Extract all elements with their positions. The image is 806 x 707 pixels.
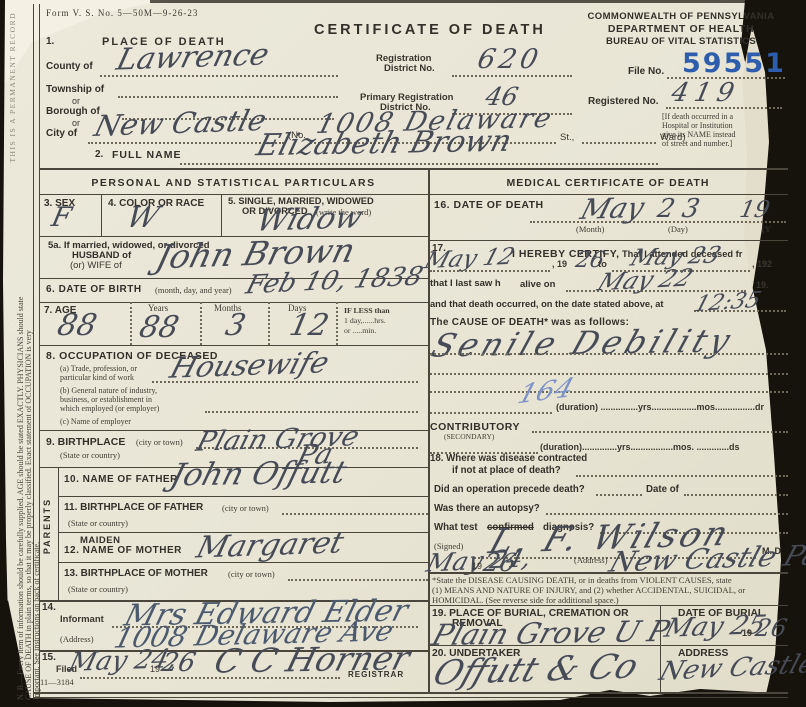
filed-year-prefix: 19 [150,664,160,674]
registrar-label: REGISTRAR [348,670,404,679]
cause-line-2 [430,372,788,375]
borough-label: Borough of [46,106,100,117]
row-7-bottom [39,345,428,346]
county-label: County of [46,61,93,72]
dod-year-value: 19 [737,197,772,223]
rule-margin-outer [33,4,34,698]
footnote-line-1: *State the DISEASE CAUSING DEATH, or in … [432,575,732,585]
father-birthplace-line [282,512,428,515]
occupation-b3: which employed (or employer) [60,404,159,413]
form-code-bottom: 11—3184 [40,677,74,687]
county-value: Lawrence [113,37,273,77]
contributory-dots [532,430,788,433]
mother-label: 12. NAME OF MOTHER [64,545,182,556]
item1-number: 1. [46,36,54,47]
dod-day-value: 23 [655,194,710,224]
margin-instructions: THIS IS A PERMANENT RECORD N. B.—Every i… [9,12,41,700]
ward-line [582,141,656,144]
form-code-top: Form V. S. No. 5—50M—9-26-23 [46,8,198,18]
certificate-title: CERTIFICATE OF DEATH [314,22,546,38]
birthplace-sub2: (State or country) [60,450,120,460]
medical-certificate-header: MEDICAL CERTIFICATE OF DEATH [430,177,786,189]
row-10-bottom [58,496,428,497]
father-birthplace-label: 11. BIRTHPLACE OF FATHER [64,502,203,513]
mother-value: Margaret [193,525,347,565]
birthplace-label: 9. BIRTHPLACE [46,436,125,448]
certify-line3b: alive on [520,279,555,290]
operation-dots-2 [684,493,788,496]
death-certificate-scan: THIS IS A PERMANENT RECORD N. B.—Every i… [0,0,806,707]
registered-number-line [666,106,782,109]
spouse-label-3: (or) WIFE of [70,260,122,271]
informant-number: 14. [42,602,56,613]
burial-year-value: 26 [753,614,789,642]
autopsy-dots [546,512,788,515]
dod-year-label: (Y [762,224,771,234]
occupation-b-line [205,410,418,413]
color-marital-divider [221,194,222,236]
or-label-2: or [72,118,80,128]
box-bottom-border-1 [33,692,788,694]
full-name-label: FULL NAME [112,149,181,161]
dob-label: 6. DATE OF BIRTH [46,284,142,295]
signed-address-label: (Address) [574,555,608,565]
occupation-b2: business, or establishment in [60,395,152,404]
cause-of-death-value: Senile Debility [426,321,739,364]
contributory-sublabel: (SECONDARY) [444,432,494,441]
certify-y1: , 19 [552,259,567,269]
city-label: City of [46,128,77,139]
undertaker-signature: Offutt & Co [428,647,643,694]
rule-margin-inner [39,4,40,698]
contributory-duration-line: (duration)..............yrs.............… [540,442,740,452]
certify-y2: , 192 [752,259,772,269]
date-of-death-label: 16. DATE OF DEATH [434,199,544,211]
footnote-line-3: HOMICIDAL. (See reverse side for additio… [432,595,619,605]
death-time-value: 12:35 [692,288,764,317]
registration-district-line [452,74,572,77]
cause-line-3 [430,390,788,393]
footnote-bottom [430,605,788,606]
hospital-note-line-2: Hospital or Institution [662,121,733,130]
cause-duration-leader [430,411,552,414]
parents-divider [58,467,59,600]
occupation-value: Housewife [166,345,333,384]
age-divider-2 [200,302,203,345]
test-label-a: What test [434,522,478,533]
personal-particulars-header: PERSONAL AND STATISTICAL PARTICULARS [39,177,428,189]
certify-line4: and that death occurred, on the date sta… [430,299,664,309]
filed-number: 15. [42,652,56,663]
page-top-edge [150,0,750,3]
hospital-note-line-1: [If death occurred in a [662,112,733,121]
father-value: John Offutt [167,454,351,493]
age-days-value: 12 [286,308,332,343]
occupation-c: (c) Name of employer [60,417,131,426]
full-name-value: Elizabeth Brown [253,124,516,163]
margin-line-3: Important. See instructions on back of c… [33,12,41,700]
birthplace-city-value: Plain Grove [193,421,363,458]
certify-line3a: that I last saw h [430,278,501,289]
age-years-value: 88 [136,310,182,345]
registered-number-label: Registered No. [588,96,659,107]
q18-line1: 18. Where was disease contracted [430,453,587,464]
q18-dots [576,474,788,477]
occupation-a2: particular kind of work [60,373,134,382]
last-seen-value: May 22 [594,264,698,297]
dod-month-value: May [577,191,648,226]
cause-duration-line: (duration) ...............yrs...........… [556,402,764,412]
agency-line-2: DEPARTMENT OF HEALTH [566,23,796,35]
age-ifless-2: 1 day,......hrs. [344,316,386,325]
father-label: 10. NAME OF FATHER [64,474,178,485]
age-divider-1 [130,302,133,345]
row-16-bottom [430,240,788,241]
agency-line-1: COMMONWEALTH OF PENNSYLVANIA [566,11,796,22]
father-birthplace-sub2: (State or country) [68,518,128,528]
age-divider-3 [268,302,271,345]
or-label-1: or [72,96,80,106]
registered-number-value: 419 [669,78,743,108]
filed-year-value: 26 [159,648,198,678]
birthplace-sub1: (city or town) [136,437,183,447]
agency-line-3: BUREAU OF VITAL STATISTICS [566,36,796,47]
file-number-stamp: 59551 [682,48,786,79]
cause-line-1 [430,352,788,355]
occupation-b1: (b) General nature of industry, [60,386,157,395]
street-label: St., [560,132,574,143]
q18-line2: if not at place of death? [452,465,561,476]
occupation-a1: (a) Trade, profession, or [60,364,137,373]
row-12-bottom [58,562,428,563]
parents-vertical-label: PARENTS [42,466,52,586]
father-birthplace-sub1: (city or town) [222,503,269,513]
age-ifless-3: or .....min. [344,326,376,335]
age-divider-4 [336,302,339,345]
registration-district-label-2: District No. [384,63,435,74]
age-ifless-1: IF LESS than [344,306,390,315]
age-value: 88 [54,308,100,343]
signed-year-prefix: 19 [472,561,482,571]
sex-color-divider [101,194,102,236]
box-top-border [39,168,788,170]
autopsy-label: Was there an autopsy? [434,503,540,514]
mother-birthplace-line [288,578,428,581]
row-19-bottom [430,645,788,646]
ward-label: Ward) [660,132,686,143]
mother-birthplace-label: 13. BIRTHPLACE OF MOTHER [64,568,208,579]
operation-date-label: Date of [646,484,679,495]
mother-birthplace-sub1: (city or town) [228,569,275,579]
burial-year-prefix: 19 [742,628,752,638]
township-label: Township of [46,84,104,95]
box-bottom-border-2 [33,697,788,698]
certify-from-line [430,269,550,272]
footnote-line-2: (1) MEANS AND NATURE OF INJURY, and (2) … [432,585,745,595]
dod-day-label: (Day) [668,224,688,234]
registration-district-value: 620 [475,44,545,75]
informant-label: Informant [60,614,104,625]
operation-label: Did an operation precede death? [434,484,585,495]
item2-number: 2. [95,149,103,160]
operation-dots-1 [596,493,642,496]
mother-birthplace-sub2: (State or country) [68,584,128,594]
city-value: New Castle [91,103,270,143]
file-number-label: File No. [628,66,664,77]
informant-address-label: (Address) [60,634,94,644]
township-line [118,95,338,98]
signature-bottom [430,572,788,574]
dob-sublabel: (month, day, and year) [155,285,232,295]
